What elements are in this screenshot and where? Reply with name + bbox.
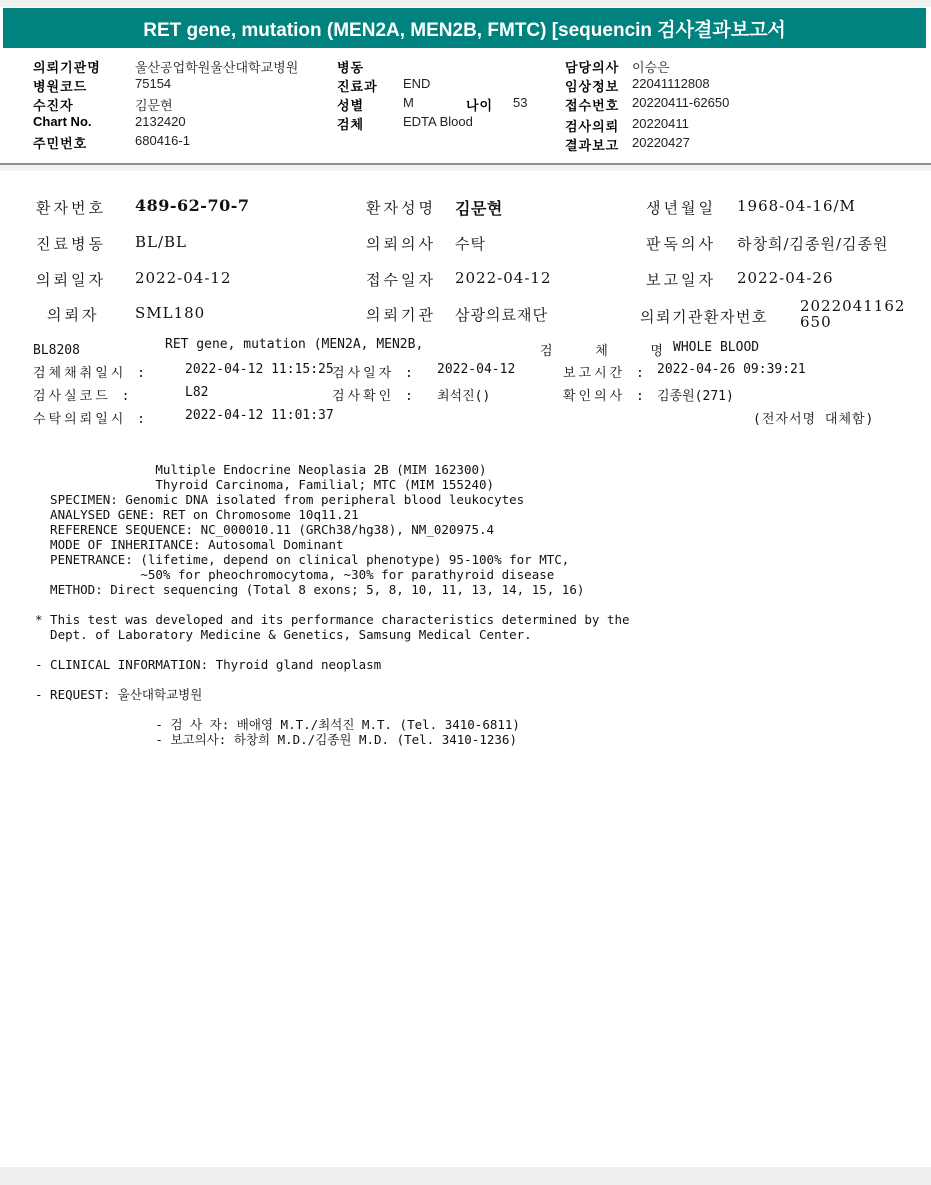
test-request-date-label: 검사의뢰 [565,116,619,135]
attending-doctor-value: 이승은 [632,57,670,76]
specimen-type-value: EDTA Blood [403,114,473,129]
sex-value: M [403,95,414,110]
org-patient-no-value: 2022041162650 [800,298,910,330]
resident-no-value: 680416-1 [135,133,190,148]
requesting-org-label: 의뢰기관명 [33,57,101,76]
lab-report-page: RET gene, mutation (MEN2A, MEN2B, FMTC) … [0,0,931,1185]
report-time-label: 보고시간 : [563,362,647,381]
result-report-date-value: 20220427 [632,135,690,150]
clinical-info-label: 임상정보 [565,76,619,95]
report-title: RET gene, mutation (MEN2A, MEN2B, FMTC) … [143,15,786,42]
org-patient-no-label: 의뢰기관환자번호 [640,306,768,327]
age-label: 나이 [466,95,493,114]
attending-doctor-label: 담당의사 [565,57,619,76]
report-body-text: Multiple Endocrine Neoplasia 2B (MIM 162… [35,462,630,747]
age-value: 53 [513,95,527,110]
test-date-value: 2022-04-12 [437,362,515,377]
specimen-name-label: 검 체 명 [540,340,672,359]
examinee-value: 김문현 [135,95,173,114]
confirming-doctor-value: 김종원(271) [657,385,734,404]
department-value: END [403,76,430,91]
requesting-institution-value: 삼광의료재단 [455,304,548,325]
result-report-date-label: 결과보고 [565,135,619,154]
requester-label: 의뢰자 [47,304,99,325]
receipt-date-value: 2022-04-12 [455,269,551,287]
patient-name-value: 김문현 [455,196,503,219]
specimen-name-value: WHOLE BLOOD [673,340,759,355]
test-date-label: 검사일자 : [332,362,416,381]
requesting-institution-label: 의뢰기관 [366,304,436,325]
confirming-doctor-label: 확인의사 : [563,385,647,404]
receipt-date-label: 접수일자 [366,269,436,290]
hospital-code-value: 75154 [135,76,171,91]
birth-date-value: 1968-04-16/M [737,197,856,215]
test-verified-value: 최석진() [437,385,490,404]
consignment-datetime-label: 수탁의뢰일시 : [33,408,148,427]
receipt-no-value: 20220411-62650 [632,95,729,110]
sex-label: 성별 [337,95,364,114]
patient-no-label: 환자번호 [36,197,106,218]
report-date-label: 보고일자 [646,269,716,290]
birth-date-label: 생년월일 [646,197,716,218]
consignment-datetime-value: 2022-04-12 11:01:37 [185,408,334,423]
chart-no-value: 2132420 [135,114,186,129]
collection-datetime-value: 2022-04-12 11:15:25 [185,362,334,377]
requester-value: SML180 [135,304,205,322]
report-title-bar: RET gene, mutation (MEN2A, MEN2B, FMTC) … [3,8,926,48]
separator-band [0,165,931,171]
bottom-strip [0,1167,931,1185]
test-name: RET gene, mutation (MEN2A, MEN2B, [165,337,423,352]
request-date-label: 의뢰일자 [36,269,106,290]
patient-name-label: 환자성명 [366,197,436,218]
treatment-ward-label: 진료병동 [36,233,106,254]
clinical-info-value: 22041112808 [632,76,710,91]
request-doctor-value: 수탁 [455,233,486,254]
treatment-ward-value: BL/BL [135,233,187,251]
patient-no-value: 489-62-70-7 [135,196,249,215]
report-time-value: 2022-04-26 09:39:21 [657,362,806,377]
resident-no-label: 주민번호 [33,133,87,152]
lab-code-label: 검사실코드 : [33,385,132,404]
request-date-value: 2022-04-12 [135,269,231,287]
reading-doctor-value: 하창희/김종원/김종원 [737,233,889,254]
hospital-code-label: 병원코드 [33,76,87,95]
esignature-note: (전자서명 대체함) [753,408,874,427]
department-label: 진료과 [337,76,378,95]
receipt-no-label: 접수번호 [565,95,619,114]
ward-label: 병동 [337,57,364,76]
specimen-type-label: 검체 [337,114,364,133]
lab-code-value: L82 [185,385,208,400]
report-date-value: 2022-04-26 [737,269,833,287]
chart-no-label: Chart No. [33,114,92,129]
top-strip [0,0,931,7]
examinee-label: 수진자 [33,95,74,114]
test-code: BL8208 [33,343,80,358]
collection-datetime-label: 검체채취일시 : [33,362,148,381]
request-doctor-label: 의뢰의사 [366,233,436,254]
reading-doctor-label: 판독의사 [646,233,716,254]
requesting-org-value: 울산공업학원울산대학교병원 [135,57,298,76]
test-request-date-value: 20220411 [632,116,689,131]
test-verified-label: 검사확인 : [332,385,416,404]
